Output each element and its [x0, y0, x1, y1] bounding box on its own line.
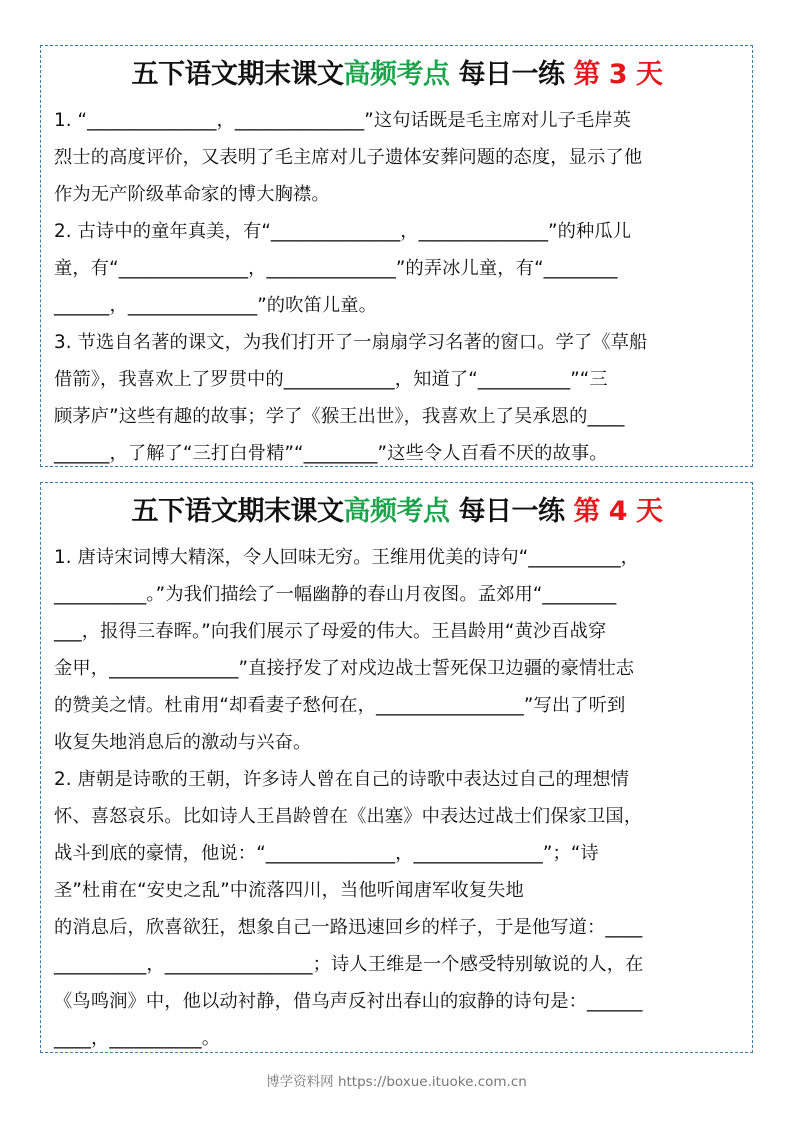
text-line: 的消息后，欣喜欲狂，想象自己一路迅速回乡的样子，于是他写道：____ — [54, 909, 740, 946]
text-line: 《鸟鸣涧》中，他以动衬静，借乌声反衬出春山的寂静的诗句是：______ — [54, 983, 740, 1020]
text-line: 1. “______________，______________”这句话既是毛… — [54, 102, 740, 139]
day4-title: 五下语文期末课文高频考点 每日一练 第 4 天 — [54, 483, 740, 539]
text-line: 收复失地消息后的激动与兴奋。 — [54, 724, 740, 761]
title-highlight: 高频考点 — [344, 59, 450, 90]
text-line: ______，______________”的吹笛儿童。 — [54, 287, 740, 324]
question-2: 2. 古诗中的童年真美，有“______________，___________… — [54, 213, 740, 324]
text-line: ____，__________。 — [54, 1020, 740, 1057]
text-line: __________，________________；诗人王维是一个感受特别敏… — [54, 946, 740, 983]
question-3: 3. 节选自名著的课文，为我们打开了一扇扇学习名著的窗口。学了《草船 借箭》，我… — [54, 324, 740, 472]
text-line: ___，报得三春晖。”向我们展示了母爱的伟大。王昌龄用“黄沙百战穿 — [54, 613, 740, 650]
day3-exercise-box: 五下语文期末课文高频考点 每日一练 第 3 天 1. “____________… — [40, 45, 753, 467]
text-line: 顾茅庐”这些有趣的故事；学了《猴王出世》，我喜欢上了吴承恩的____ — [54, 398, 740, 435]
question-1: 1. 唐诗宋词博大精深，令人回味无穷。王维用优美的诗句“__________， … — [54, 539, 740, 761]
text-line: 的赞美之情。杜甫用“却看妻子愁何在，________________”写出了听到 — [54, 687, 740, 724]
text-line: 怀、喜怒哀乐。比如诗人王昌龄曾在《出塞》中表达过战士们保家卫国， — [54, 798, 740, 835]
text-line: ______，了解了“三打白骨精”“________”这些令人百看不厌的故事。 — [54, 435, 740, 472]
text-line: 作为无产阶级革命家的博大胸襟。 — [54, 176, 740, 213]
text-line: 圣”杜甫在“安史之乱”中流落四川，当他听闻唐军收复失地 — [54, 872, 740, 909]
text-line: 借箭》，我喜欢上了罗贯中的____________，知道了“__________… — [54, 361, 740, 398]
text-line: 战斗到底的豪情，他说：“______________，_____________… — [54, 835, 740, 872]
text-line: 3. 节选自名著的课文，为我们打开了一扇扇学习名著的窗口。学了《草船 — [54, 324, 740, 361]
text-line: 童，有“______________，______________”的弄冰儿童，… — [54, 250, 740, 287]
title-day-number: 第 4 天 — [573, 496, 662, 527]
text-line: 2. 古诗中的童年真美，有“______________，___________… — [54, 213, 740, 250]
title-daily: 每日一练 — [450, 59, 574, 90]
title-highlight: 高频考点 — [344, 496, 450, 527]
title-main: 五下语文期末课文 — [132, 496, 344, 527]
question-1: 1. “______________，______________”这句话既是毛… — [54, 102, 740, 213]
question-2: 2. 唐朝是诗歌的王朝，许多诗人曾在自己的诗歌中表达过自己的理想情 怀、喜怒哀乐… — [54, 761, 740, 1057]
text-line: __________。”为我们描绘了一幅幽静的春山月夜图。孟郊用“_______… — [54, 576, 740, 613]
day3-title: 五下语文期末课文高频考点 每日一练 第 3 天 — [54, 46, 740, 102]
title-main: 五下语文期末课文 — [132, 59, 344, 90]
text-line: 烈士的高度评价，又表明了毛主席对儿子遗体安葬问题的态度，显示了他 — [54, 139, 740, 176]
text-line: 金甲，______________”直接抒发了对戍边战士誓死保卫边疆的豪情壮志 — [54, 650, 740, 687]
title-day-number: 第 3 天 — [573, 59, 662, 90]
text-line: 1. 唐诗宋词博大精深，令人回味无穷。王维用优美的诗句“__________， — [54, 539, 740, 576]
day4-exercise-box: 五下语文期末课文高频考点 每日一练 第 4 天 1. 唐诗宋词博大精深，令人回味… — [40, 482, 753, 1053]
text-line: 2. 唐朝是诗歌的王朝，许多诗人曾在自己的诗歌中表达过自己的理想情 — [54, 761, 740, 798]
footer-watermark: 博学资料网 https://boxue.ituoke.com.cn — [0, 1070, 793, 1090]
title-daily: 每日一练 — [450, 496, 574, 527]
